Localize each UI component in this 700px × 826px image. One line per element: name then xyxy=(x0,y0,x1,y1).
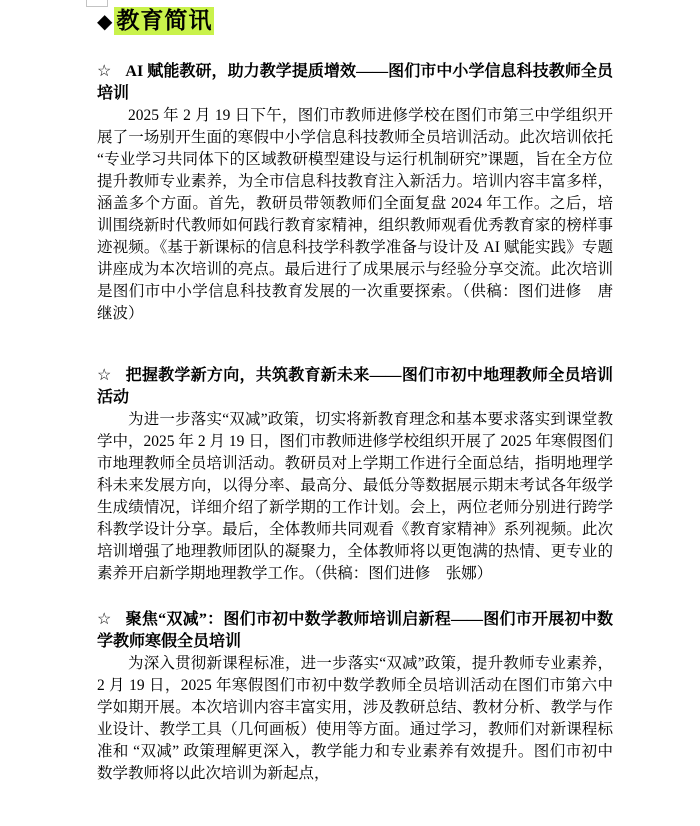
star-bullet-icon: ☆ xyxy=(97,63,111,80)
star-bullet-icon: ☆ xyxy=(97,611,112,628)
section-paragraph: 2025 年 2 月 19 日下午，图们市教师进修学校在图们市第三中学组织开展了… xyxy=(97,105,613,325)
document-page: ◆教育简讯 ☆AI 赋能教研，助力教学提质增效——图们市中小学信息科技教师全员培… xyxy=(97,6,613,785)
section-title-text: 把握教学新方向，共筑教育新未来——图们市初中地理教师全员培训活动 xyxy=(97,367,613,406)
section-info-tech-training: ☆AI 赋能教研，助力教学提质增效——图们市中小学信息科技教师全员培训 2025… xyxy=(97,61,613,325)
section-paragraph: 为深入贯彻新课程标准，进一步落实“双减”政策，提升教师专业素养，2 月 19 日… xyxy=(97,653,613,785)
section-math-training: ☆聚焦“双减”：图们市初中数学教师培训启新程——图们市开展初中数学教师寒假全员培… xyxy=(97,609,613,785)
page-title-text: 教育简讯 xyxy=(114,7,214,35)
section-title: ☆聚焦“双减”：图们市初中数学教师培训启新程——图们市开展初中数学教师寒假全员培… xyxy=(97,609,613,653)
section-title-text: 聚焦“双减”：图们市初中数学教师培训启新程——图们市开展初中数学教师寒假全员培训 xyxy=(97,611,613,650)
section-title-text: AI 赋能教研，助力教学提质增效——图们市中小学信息科技教师全员培训 xyxy=(97,63,613,102)
section-geography-training: ☆把握教学新方向，共筑教育新未来——图们市初中地理教师全员培训活动 为进一步落实… xyxy=(97,365,613,585)
section-paragraph: 为进一步落实“双减”政策，切实将新教育理念和基本要求落实到课堂教学中，2025 … xyxy=(97,409,613,585)
section-title: ☆把握教学新方向，共筑教育新未来——图们市初中地理教师全员培训活动 xyxy=(97,365,613,409)
page-title: ◆教育简讯 xyxy=(97,6,613,37)
diamond-bullet-icon: ◆ xyxy=(97,11,113,33)
star-bullet-icon: ☆ xyxy=(97,367,112,384)
section-title: ☆AI 赋能教研，助力教学提质增效——图们市中小学信息科技教师全员培训 xyxy=(97,61,613,105)
